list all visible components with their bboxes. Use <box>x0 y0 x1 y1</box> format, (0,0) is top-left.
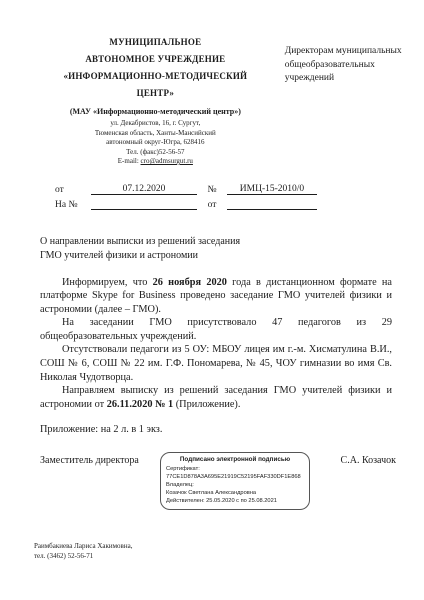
org-name-line: ЦЕНТР» <box>40 85 271 102</box>
stamp-owner-value: Козачок Светлана Александровна <box>166 489 304 497</box>
outgoing-date-field: 07.12.2020 <box>91 184 197 195</box>
paragraph-bold-text: 26 ноября 2020 <box>153 277 227 288</box>
reply-number-label: На № <box>55 200 91 210</box>
stamp-title: Подписано электронной подписью <box>166 456 304 465</box>
electronic-signature-stamp: Подписано электронной подписью Сертифика… <box>160 452 310 510</box>
signer-position: Заместитель директора <box>40 452 160 466</box>
org-name-line: АВТОНОМНОЕ УЧРЕЖДЕНИЕ <box>40 51 271 68</box>
org-address: ул. Декабристов, 16, г. Сургут, Тюменска… <box>40 119 271 167</box>
reference-block: от 07.12.2020 № ИМЦ-15-2010/0 На № от <box>55 180 317 210</box>
stamp-owner-label: Владелец: <box>166 481 304 489</box>
reference-row-reply: На № от <box>55 195 317 210</box>
reply-from-label: от <box>197 200 227 210</box>
recipient-block: Директорам муниципальных общеобразовател… <box>285 34 402 167</box>
org-name-line: МУНИЦИПАЛЬНОЕ <box>40 34 271 51</box>
paragraph-text: Информируем, что <box>62 277 153 288</box>
letter-body: Информируем, что 26 ноября 2020 года в д… <box>40 276 392 412</box>
stamp-cert-value: 77CE1D878A3A695E21919C52195FAF330DF1E868 <box>166 473 304 481</box>
subject-line: О направлении выписки из решений заседан… <box>40 235 424 249</box>
reference-row-outgoing: от 07.12.2020 № ИМЦ-15-2010/0 <box>55 180 317 195</box>
subject-block: О направлении выписки из решений заседан… <box>40 235 424 263</box>
paragraph-text: (Приложение). <box>173 399 240 410</box>
stamp-validity: Действителен: 25.05.2020 с по 25.08.2021 <box>166 497 304 505</box>
address-line: Тюменская область, Ханты-Мансийский <box>40 129 271 139</box>
org-short-name: (МАУ «Информационно-методический центр») <box>40 106 271 117</box>
paragraph: Отсутствовали педагоги из 5 ОУ: МБОУ лиц… <box>40 343 392 384</box>
paragraph-bold-text: 26.11.2020 № 1 <box>107 399 173 410</box>
reply-date-field <box>227 209 317 210</box>
org-block: МУНИЦИПАЛЬНОЕ АВТОНОМНОЕ УЧРЕЖДЕНИЕ «ИНФ… <box>40 34 271 167</box>
subject-line: ГМО учителей физики и астрономии <box>40 249 424 263</box>
letterhead: МУНИЦИПАЛЬНОЕ АВТОНОМНОЕ УЧРЕЖДЕНИЕ «ИНФ… <box>0 0 424 167</box>
address-line: ул. Декабристов, 16, г. Сургут, <box>40 119 271 129</box>
letter-page: МУНИЦИПАЛЬНОЕ АВТОНОМНОЕ УЧРЕЖДЕНИЕ «ИНФ… <box>0 0 424 600</box>
paragraph: Информируем, что 26 ноября 2020 года в д… <box>40 276 392 317</box>
reply-number-field <box>91 209 197 210</box>
paragraph: Направляем выписку из решений заседания … <box>40 384 392 411</box>
outgoing-number-field: ИМЦ-15-2010/0 <box>227 184 317 195</box>
number-label: № <box>197 185 227 195</box>
phone-line: Тел. (факс)52-56-57 <box>40 148 271 158</box>
executor-contact: Раимбакиева Лариса Хакимовна, тел. (3462… <box>34 541 132 561</box>
signer-name: С.А. Козачок <box>341 452 396 466</box>
from-label: от <box>55 185 91 195</box>
executor-name: Раимбакиева Лариса Хакимовна, <box>34 541 132 551</box>
executor-phone: тел. (3462) 52-56-71 <box>34 551 132 561</box>
address-line: автономный округ-Югра, 628416 <box>40 138 271 148</box>
attachment-note: Приложение: на 2 л. в 1 экз. <box>40 424 392 435</box>
email-label: E-mail: <box>118 157 141 165</box>
email-link[interactable]: cro@admsurgut.ru <box>141 157 193 165</box>
email-line: E-mail: cro@admsurgut.ru <box>40 157 271 167</box>
paragraph: На заседании ГМО присутствовало 47 педаг… <box>40 316 392 343</box>
org-name-line: «ИНФОРМАЦИОННО-МЕТОДИЧЕСКИЙ <box>40 68 271 85</box>
stamp-cert-label: Сертификат: <box>166 465 304 473</box>
signature-row: Заместитель директора Подписано электрон… <box>40 452 396 510</box>
